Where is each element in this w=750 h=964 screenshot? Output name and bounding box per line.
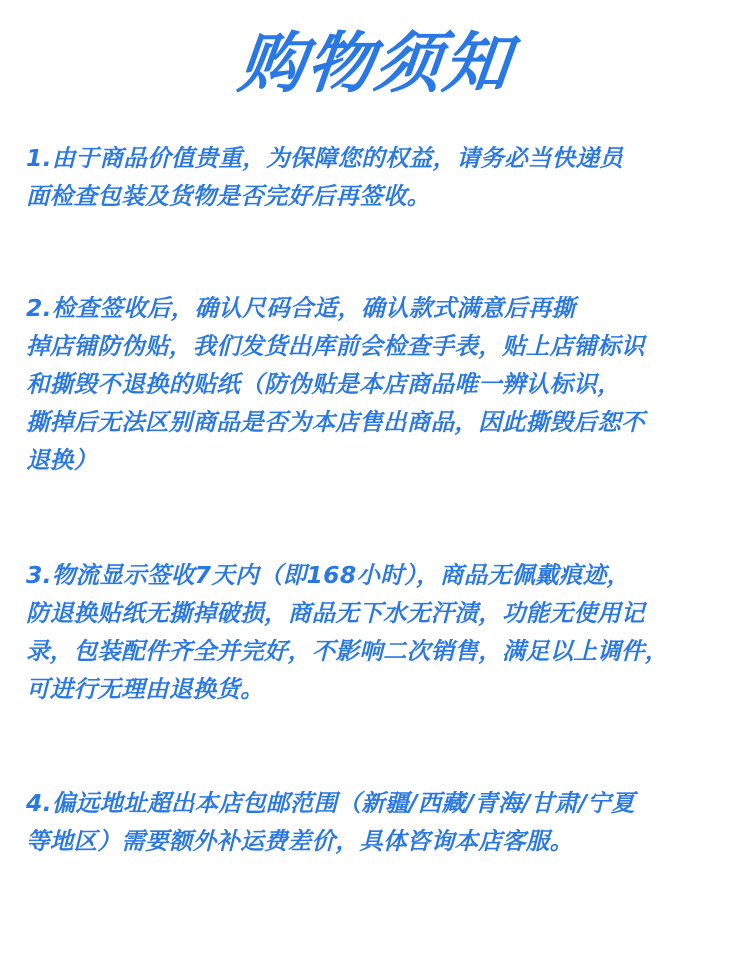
- page-title: 购物须知: [0, 28, 750, 100]
- notice-line: 3.物流显示签收7天内（即168小时），商品无佩戴痕迹，: [26, 556, 746, 594]
- notice-1: 1.由于商品价值贵重，为保障您的权益，请务必当快递员 面检查包装及货物是否完好后…: [26, 139, 746, 215]
- notice-4: 4.偏远地址超出本店包邮范围（新疆/西藏/青海/甘肃/宁夏 等地区）需要额外补运…: [26, 784, 746, 860]
- notice-line: 面检查包装及货物是否完好后再签收。: [26, 177, 746, 215]
- notice-line: 防退换贴纸无撕掉破损，商品无下水无汗渍，功能无使用记: [26, 594, 746, 632]
- notice-line: 撕掉后无法区别商品是否为本店售出商品，因此撕毁后恕不: [26, 403, 746, 441]
- notice-3: 3.物流显示签收7天内（即168小时），商品无佩戴痕迹， 防退换贴纸无撕掉破损，…: [26, 556, 746, 708]
- notice-line: 录，包装配件齐全并完好，不影响二次销售，满足以上调件，: [26, 632, 746, 670]
- notice-line: 可进行无理由退换货。: [26, 670, 746, 708]
- notice-line: 2.检查签收后，确认尺码合适，确认款式满意后再撕: [26, 289, 746, 327]
- notice-line: 退换）: [26, 441, 746, 479]
- notice-2: 2.检查签收后，确认尺码合适，确认款式满意后再撕 掉店铺防伪贴，我们发货出库前会…: [26, 289, 746, 479]
- notice-line: 等地区）需要额外补运费差价，具体咨询本店客服。: [26, 822, 746, 860]
- notice-line: 4.偏远地址超出本店包邮范围（新疆/西藏/青海/甘肃/宁夏: [26, 784, 746, 822]
- notice-line: 和撕毁不退换的贴纸（防伪贴是本店商品唯一辨认标识，: [26, 365, 746, 403]
- notice-line: 1.由于商品价值贵重，为保障您的权益，请务必当快递员: [26, 139, 746, 177]
- notice-line: 掉店铺防伪贴，我们发货出库前会检查手表，贴上店铺标识: [26, 327, 746, 365]
